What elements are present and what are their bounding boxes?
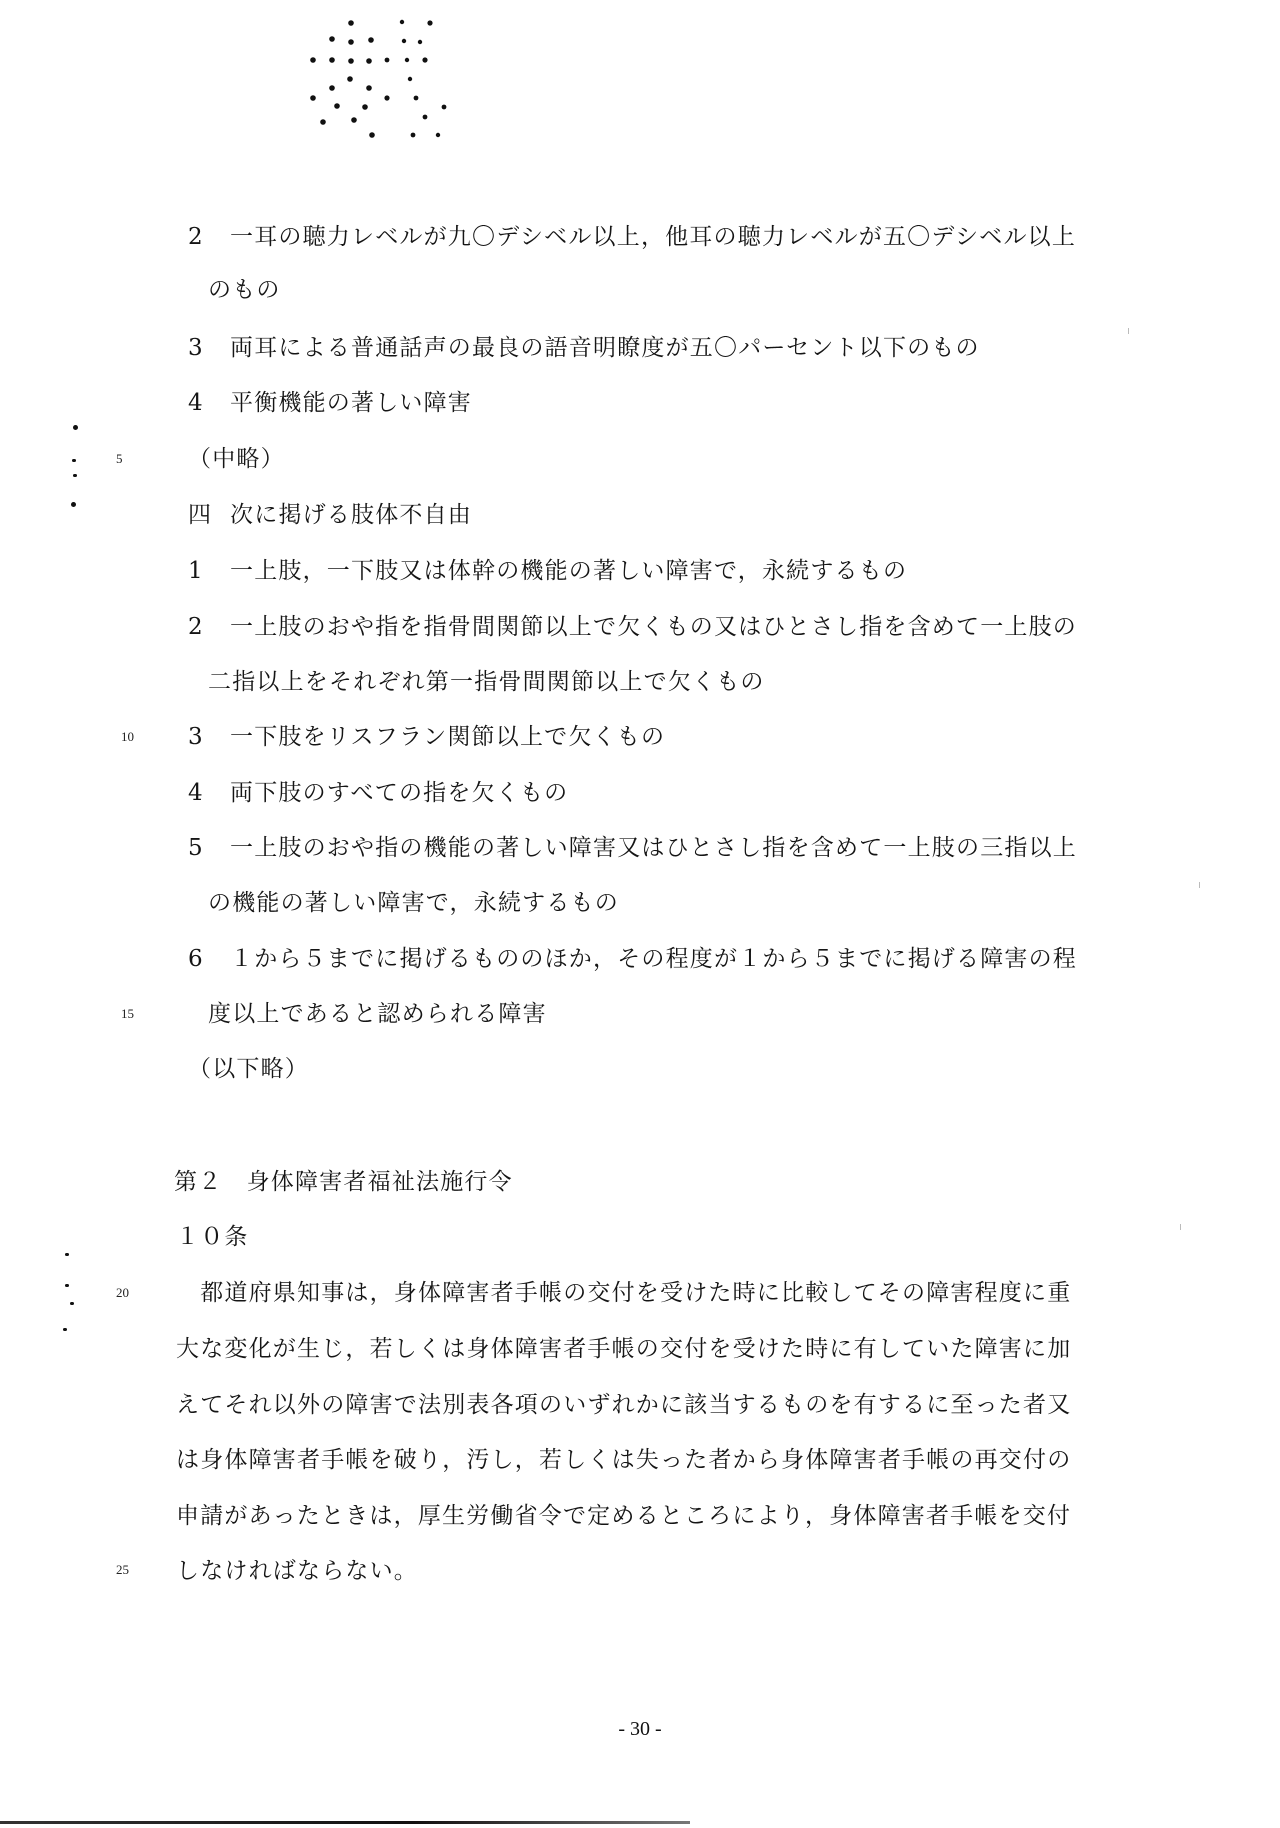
punch-dots-decoration — [280, 0, 480, 160]
section-title: 次に掲げる肢体不自由 — [230, 502, 472, 528]
item-number: 2 — [188, 612, 230, 642]
item-number: 1 — [188, 556, 230, 586]
omitted-rest-note: （以下略） — [188, 1054, 309, 1084]
scan-speck — [1199, 882, 1200, 888]
scan-mark — [72, 459, 76, 462]
scan-speck — [1128, 328, 1129, 334]
article-body-line-2: 大な変化が生じ，若しくは身体障害者手帳の交付を受けた時に有していた障害に加 — [176, 1334, 1071, 1364]
dots-icon — [280, 0, 480, 160]
item-hearing-2: 2一耳の聴力レベルが九〇デシベル以上，他耳の聴力レベルが五〇デシベル以上 — [188, 222, 1076, 252]
item-text: １から５までに掲げるもののほか，その程度が１から５までに掲げる障害の程 — [230, 946, 1077, 972]
limb-item-4: 4両下肢のすべての指を欠くもの — [188, 778, 568, 808]
article-body-line-1: 都道府県知事は，身体障害者手帳の交付を受けた時に比較してその障害程度に重 — [176, 1278, 1071, 1308]
line-number-15: 15 — [121, 1006, 134, 1022]
section-4-heading: 四次に掲げる肢体不自由 — [188, 500, 472, 530]
scan-mark — [63, 1328, 67, 1331]
scan-mark — [65, 1284, 69, 1287]
scan-mark — [65, 1253, 69, 1256]
item-text: 一上肢，一下肢又は体幹の機能の著しい障害で，永続するもの — [230, 558, 907, 584]
section-2-heading: 第２ 身体障害者福祉法施行令 — [174, 1167, 513, 1197]
section-number: 四 — [188, 500, 230, 530]
limb-item-5-continuation: の機能の著しい障害で，永続するもの — [208, 888, 619, 918]
item-number: 2 — [188, 222, 230, 252]
item-number: 3 — [188, 722, 230, 752]
scan-mark — [70, 1302, 74, 1305]
article-body-line-5: 申請があったときは，厚生労働省令で定めるところにより，身体障害者手帳を交付 — [176, 1501, 1071, 1531]
page-number: - 30 - — [0, 1718, 1280, 1741]
item-number: 3 — [188, 333, 230, 363]
article-body-line-4: は身体障害者手帳を破り，汚し，若しくは失った者から身体障害者手帳の再交付の — [176, 1445, 1071, 1475]
item-text: 両耳による普通話声の最良の語音明瞭度が五〇パーセント以下のもの — [230, 335, 980, 361]
scan-mark — [73, 425, 78, 430]
item-balance-4: 4平衡機能の著しい障害 — [188, 388, 472, 418]
item-number: 4 — [188, 778, 230, 808]
line-number-25: 25 — [116, 1562, 129, 1578]
item-hearing-2-continuation: のもの — [208, 275, 281, 305]
limb-item-3: 3一下肢をリスフラン関節以上で欠くもの — [188, 722, 665, 752]
line-number-10: 10 — [121, 729, 134, 745]
item-text: 両下肢のすべての指を欠くもの — [230, 780, 568, 806]
limb-item-2-continuation: 二指以上をそれぞれ第一指骨間関節以上で欠くもの — [208, 667, 765, 697]
line-number-5: 5 — [116, 451, 123, 467]
item-number: 5 — [188, 833, 230, 863]
limb-item-1: 1一上肢，一下肢又は体幹の機能の著しい障害で，永続するもの — [188, 556, 907, 586]
document-page: 2一耳の聴力レベルが九〇デシベル以上，他耳の聴力レベルが五〇デシベル以上 のもの… — [0, 0, 1280, 1828]
item-text: 平衡機能の著しい障害 — [230, 390, 472, 416]
line-number-20: 20 — [116, 1285, 129, 1301]
item-hearing-3: 3両耳による普通話声の最良の語音明瞭度が五〇パーセント以下のもの — [188, 333, 980, 363]
item-text: 一下肢をリスフラン関節以上で欠くもの — [230, 724, 665, 750]
limb-item-5: 5一上肢のおや指の機能の著しい障害又はひとさし指を含めて一上肢の三指以上 — [188, 833, 1077, 863]
item-text: 一上肢のおや指を指骨間関節以上で欠くもの又はひとさし指を含めて一上肢の — [230, 614, 1077, 640]
limb-item-6: 6１から５までに掲げるもののほか，その程度が１から５までに掲げる障害の程 — [188, 944, 1077, 974]
item-number: 4 — [188, 388, 230, 418]
article-number: １０条 — [176, 1222, 249, 1252]
scan-speck — [1180, 1224, 1181, 1230]
scan-mark — [73, 474, 77, 477]
item-number: 6 — [188, 944, 230, 974]
scan-mark — [71, 502, 76, 507]
limb-item-6-continuation: 度以上であると認められる障害 — [208, 999, 547, 1029]
article-body-line-6: しなければならない。 — [176, 1556, 418, 1586]
article-body-line-3: えてそれ以外の障害で法別表各項のいずれかに該当するものを有するに至った者又 — [176, 1390, 1071, 1420]
item-text: 一耳の聴力レベルが九〇デシベル以上，他耳の聴力レベルが五〇デシベル以上 — [230, 224, 1076, 250]
omitted-middle-note: （中略） — [188, 444, 285, 474]
item-text: 一上肢のおや指の機能の著しい障害又はひとさし指を含めて一上肢の三指以上 — [230, 835, 1077, 861]
limb-item-2: 2一上肢のおや指を指骨間関節以上で欠くもの又はひとさし指を含めて一上肢の — [188, 612, 1077, 642]
bottom-edge-rule — [0, 1821, 690, 1824]
